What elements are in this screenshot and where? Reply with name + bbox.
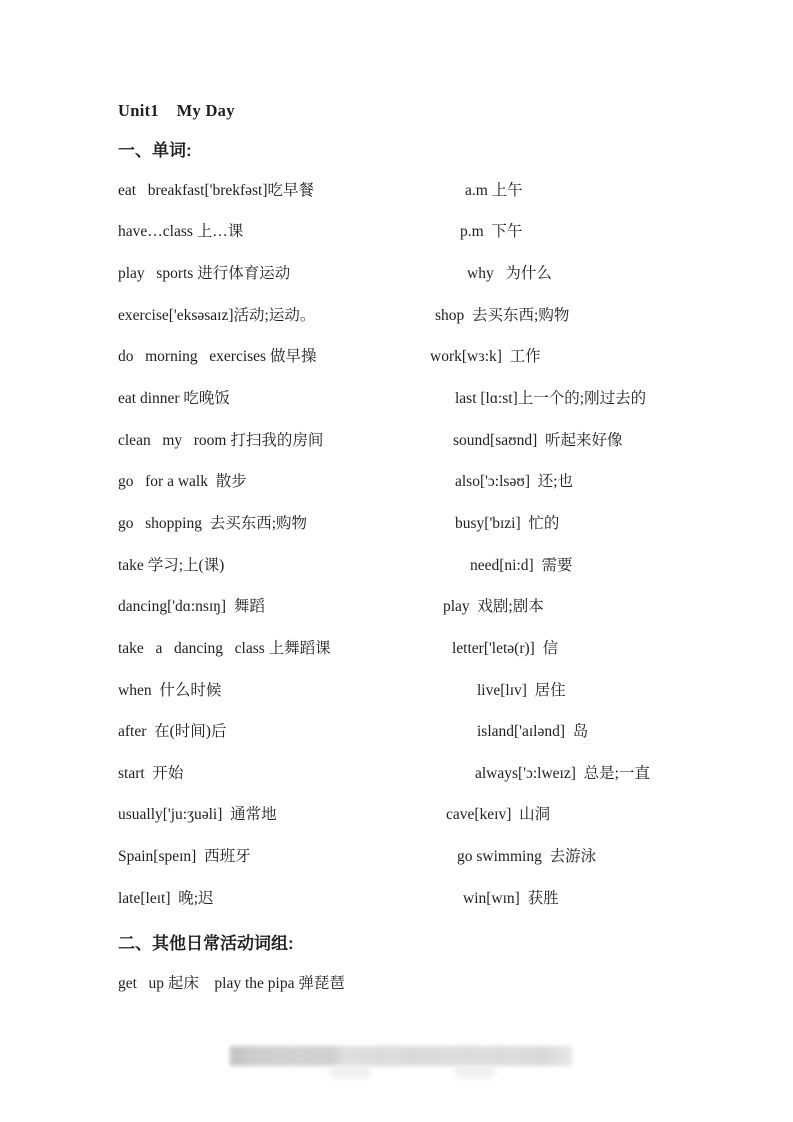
watermark-blurred-bar — [230, 1046, 572, 1066]
vocab-row: when 什么时候live[lɪv] 居住 — [118, 668, 773, 710]
vocab-row: go shopping 去买东西;购物busy['bɪzi] 忙的 — [118, 501, 773, 543]
vocab-entry-right: island['aɪlənd] 岛 — [430, 719, 773, 741]
vocab-entry-left: when 什么时候 — [118, 678, 430, 700]
vocab-row: do morning exercises 做早操work[wɜ:k] 工作 — [118, 335, 773, 377]
vocab-row: clean my room 打扫我的房间sound[saʊnd] 听起来好像 — [118, 418, 773, 460]
vocab-row: exercise['eksəsaɪz]活动;运动。shop 去买东西;购物 — [118, 293, 773, 335]
vocab-entry-left: clean my room 打扫我的房间 — [118, 428, 430, 450]
vocab-entry-right: sound[saʊnd] 听起来好像 — [430, 428, 773, 450]
vocab-row: go for a walk 散步also['ɔ:lsəʊ] 还;也 — [118, 459, 773, 501]
vocab-entry-left: take a dancing class 上舞蹈课 — [118, 636, 430, 658]
vocab-row: after 在(时间)后island['aɪlənd] 岛 — [118, 709, 773, 751]
vocab-entry-left: usually['ju:ʒuəli] 通常地 — [118, 802, 430, 824]
vocab-entry-left: eat breakfast['brekfəst]吃早餐 — [118, 178, 430, 200]
vocab-entry-right: a.m 上午 — [430, 178, 773, 200]
vocab-entry-right: letter['letə(r)] 信 — [430, 636, 773, 658]
vocab-entry-left: play sports 进行体育运动 — [118, 261, 430, 283]
section2-heading: 二、其他日常活动词组: — [118, 929, 294, 954]
vocab-entry-left: have…class 上…课 — [118, 219, 430, 241]
vocab-row: take 学习;上(课)need[ni:d] 需要 — [118, 543, 773, 585]
vocab-row: eat breakfast['brekfəst]吃早餐a.m 上午 — [118, 168, 773, 210]
vocab-entry-right: live[lɪv] 居住 — [430, 678, 773, 700]
vocab-entry-left: late[leɪt] 晚;迟 — [118, 886, 430, 908]
vocab-entry-right: cave[keɪv] 山洞 — [430, 802, 773, 824]
vocab-row: late[leɪt] 晚;迟win[wɪn] 获胜 — [118, 876, 773, 918]
document-page: Unit1 My Day 一、单词: eat breakfast['brekfə… — [0, 0, 793, 1122]
vocab-row: dancing['dɑ:nsɪŋ] 舞蹈play 戏剧;剧本 — [118, 584, 773, 626]
vocab-entry-right: need[ni:d] 需要 — [430, 553, 773, 575]
vocab-entry-right: work[wɜ:k] 工作 — [430, 344, 773, 366]
vocab-entry-left: Spain[speɪn] 西班牙 — [118, 844, 430, 866]
vocab-entry-left: after 在(时间)后 — [118, 719, 430, 741]
vocab-entry-left: do morning exercises 做早操 — [118, 344, 430, 366]
watermark-smudge — [455, 1066, 495, 1078]
vocab-row: take a dancing class 上舞蹈课letter['letə(r)… — [118, 626, 773, 668]
vocab-entry-right: go swimming 去游泳 — [430, 844, 773, 866]
vocab-row: have…class 上…课p.m 下午 — [118, 210, 773, 252]
vocab-entry-right: last [lɑ:st]上一个的;刚过去的 — [430, 386, 773, 408]
vocab-list: eat breakfast['brekfəst]吃早餐a.m 上午have…cl… — [118, 168, 773, 918]
vocab-row: eat dinner 吃晚饭last [lɑ:st]上一个的;刚过去的 — [118, 376, 773, 418]
vocab-row: usually['ju:ʒuəli] 通常地cave[keɪv] 山洞 — [118, 793, 773, 835]
vocab-entry-left: go for a walk 散步 — [118, 469, 430, 491]
vocab-row: Spain[speɪn] 西班牙go swimming 去游泳 — [118, 834, 773, 876]
vocab-entry-left: dancing['dɑ:nsɪŋ] 舞蹈 — [118, 594, 430, 616]
vocab-row: start 开始always['ɔ:lweɪz] 总是;一直 — [118, 751, 773, 793]
vocab-entry-right: play 戏剧;剧本 — [430, 594, 773, 616]
vocab-entry-right: p.m 下午 — [430, 219, 773, 241]
vocab-row: play sports 进行体育运动why 为什么 — [118, 251, 773, 293]
unit-title: Unit1 My Day — [118, 101, 235, 121]
vocab-entry-left: eat dinner 吃晚饭 — [118, 386, 430, 408]
section1-heading: 一、单词: — [118, 136, 192, 161]
vocab-entry-left: go shopping 去买东西;购物 — [118, 511, 430, 533]
vocab-entry-right: shop 去买东西;购物 — [430, 303, 773, 325]
watermark-smudge — [330, 1066, 370, 1078]
vocab-entry-right: also['ɔ:lsəʊ] 还;也 — [430, 469, 773, 491]
vocab-entry-left: exercise['eksəsaɪz]活动;运动。 — [118, 303, 430, 325]
vocab-entry-right: busy['bɪzi] 忙的 — [430, 511, 773, 533]
vocab-entry-right: why 为什么 — [430, 261, 773, 283]
vocab-entry-left: take 学习;上(课) — [118, 553, 430, 575]
vocab-entry-right: always['ɔ:lweɪz] 总是;一直 — [430, 761, 773, 783]
daily-activity-phrase-line: get up 起床 play the pipa 弹琵琶 — [118, 971, 345, 993]
vocab-entry-left: start 开始 — [118, 761, 430, 783]
vocab-entry-right: win[wɪn] 获胜 — [430, 886, 773, 908]
